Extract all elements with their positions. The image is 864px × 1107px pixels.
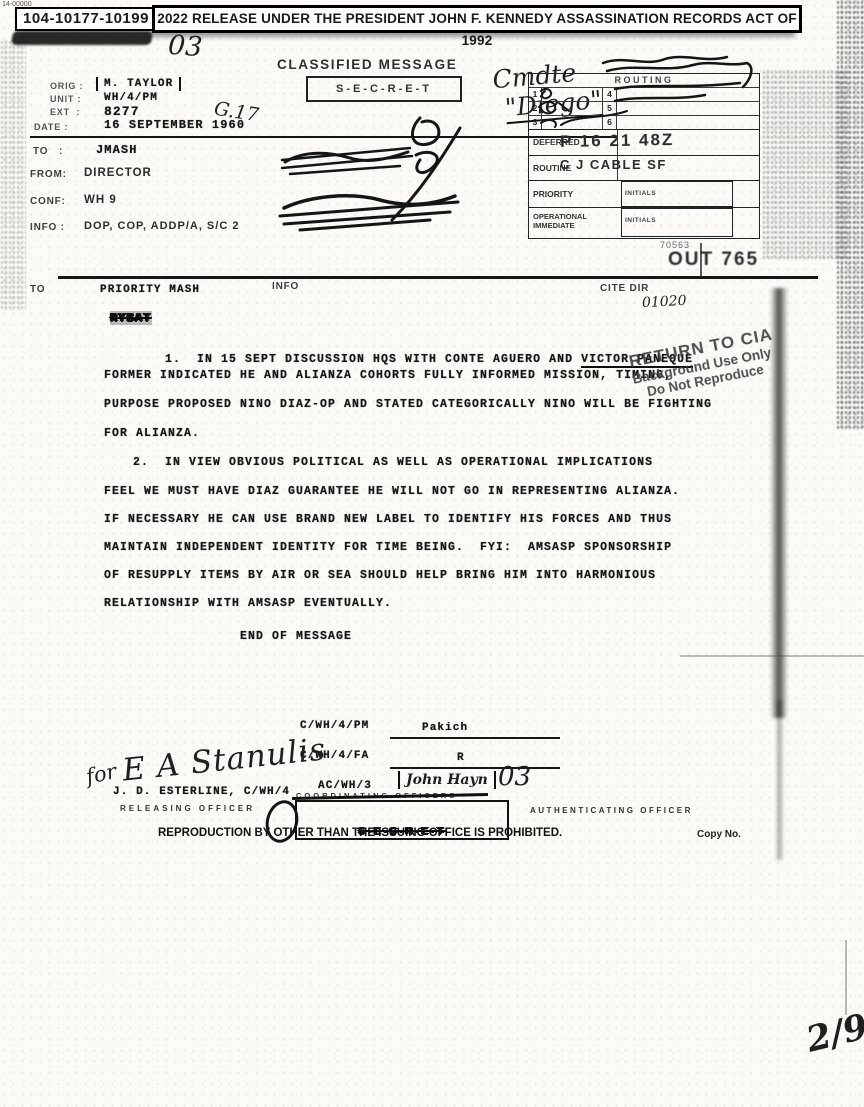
secret-stamp-top: S-E-C-R-E-T: [336, 83, 432, 95]
mid-horizontal-rule: [58, 276, 818, 279]
scan-noise-right-patch: [762, 70, 848, 260]
photocopy-streak-faint: [775, 700, 784, 860]
handwritten-bottom-right: 2/90: [802, 1000, 864, 1061]
fold-line: [680, 655, 864, 657]
coord-value-fa: R: [457, 752, 465, 764]
message-line: PURPOSE PROPOSED NINO DIAZ-OP AND STATED…: [104, 398, 712, 411]
to-value: JMASH: [96, 143, 138, 157]
message-line: RELATIONSHIP WITH AMSASP EVENTUALLY.: [104, 597, 392, 610]
unit-value: WH/4/PM: [104, 92, 158, 104]
crossed-out-handwriting: [270, 100, 490, 250]
routing-handwritten-marks: [515, 45, 765, 250]
conf-label: CONF:: [30, 196, 66, 207]
to-label: TO :: [33, 146, 63, 157]
classified-message-title: CLASSIFIED MESSAGE: [277, 57, 457, 72]
coord-value-pm: Pakich: [422, 722, 468, 734]
from-value: DIRECTOR: [84, 167, 152, 179]
message-cite-label: CITE DIR: [600, 283, 649, 294]
message-priority: PRIORITY MASH: [100, 284, 200, 296]
orig-value: M. TAYLOR: [96, 77, 181, 91]
form-vertical-stub: [700, 243, 702, 277]
date-label: DATE :: [34, 122, 68, 132]
handwritten-coordinating-name: John Hayn: [398, 771, 496, 789]
handwritten-page-number: 03: [167, 30, 203, 63]
message-line: FORMER INDICATED HE AND ALIANZA COHORTS …: [104, 369, 672, 382]
repro-notice: REPRODUCTION BY OTHER THAN THE ISSUING O…: [158, 827, 562, 839]
message-line: 2. IN VIEW OBVIOUS POLITICAL AS WELL AS …: [133, 456, 653, 469]
authenticating-title: AUTHENTICATING OFFICER: [530, 806, 693, 815]
document-scan: 14-00000 104-10177-10199 2022 RELEASE UN…: [0, 0, 864, 1107]
message-line: OF RESUPPLY ITEMS BY AIR OR SEA SHOULD H…: [104, 569, 656, 582]
message-slug: RYBAT: [110, 311, 152, 325]
coord-line-pm: [390, 737, 560, 739]
coord-line-fa: [390, 767, 560, 769]
releasing-signature: E A Stanulis: [121, 731, 328, 788]
unit-label: UNIT :: [50, 94, 81, 104]
handwritten-coordinating-number: 03: [498, 762, 531, 792]
message-para1-start: 1. IN 15 SEPT DISCUSSION HQS WITH CONTE …: [165, 353, 581, 366]
message-info-label: INFO: [272, 281, 299, 292]
return-to-cia-stamp: RETURN TO CIA Background Use Only Do Not…: [627, 309, 862, 402]
ext-value: 8277: [104, 104, 140, 119]
photocopy-streak: [770, 288, 788, 718]
message-line: FEEL WE MUST HAVE DIAZ GUARANTEE HE WILL…: [104, 485, 680, 498]
record-number: 104-10177-10199: [23, 10, 149, 27]
secret-stamp-top-box: S-E-C-R-E-T: [306, 76, 462, 102]
info-label: INFO :: [30, 222, 65, 233]
coord-label-pm: C/WH/4/PM: [300, 720, 369, 732]
release-banner-box: 2022 RELEASE UNDER THE PRESIDENT JOHN F.…: [152, 5, 802, 33]
info-value: DOP, COP, ADDP/A, S/C 2: [84, 220, 239, 232]
releasing-title: RELEASING OFFICER: [120, 804, 255, 813]
releasing-name: J. D. ESTERLINE, C/WH/4: [113, 786, 290, 798]
scan-noise-left-margin: [0, 40, 26, 310]
edge-line: [845, 940, 847, 1015]
copy-no-label: Copy No.: [697, 829, 741, 840]
message-line: FOR ALIANZA.: [104, 427, 200, 440]
message-line: MAINTAIN INDEPENDENT IDENTITY FOR TIME B…: [104, 541, 672, 554]
from-label: FROM:: [30, 169, 67, 180]
message-to-label: TO: [30, 284, 45, 295]
out-stamp: OUT 765: [668, 249, 759, 271]
handwritten-for-mark: for: [84, 759, 119, 789]
end-of-message: END OF MESSAGE: [240, 630, 352, 643]
message-line: IF NECESSARY HE CAN USE BRAND NEW LABEL …: [104, 513, 672, 526]
scan-smudge-under-record: [11, 31, 153, 45]
orig-label: ORIG :: [50, 81, 83, 91]
handwritten-cite-number: 01020: [642, 293, 687, 311]
record-number-box: 104-10177-10199: [15, 7, 157, 31]
ext-label: EXT :: [50, 107, 80, 117]
conf-value: WH 9: [84, 194, 117, 206]
